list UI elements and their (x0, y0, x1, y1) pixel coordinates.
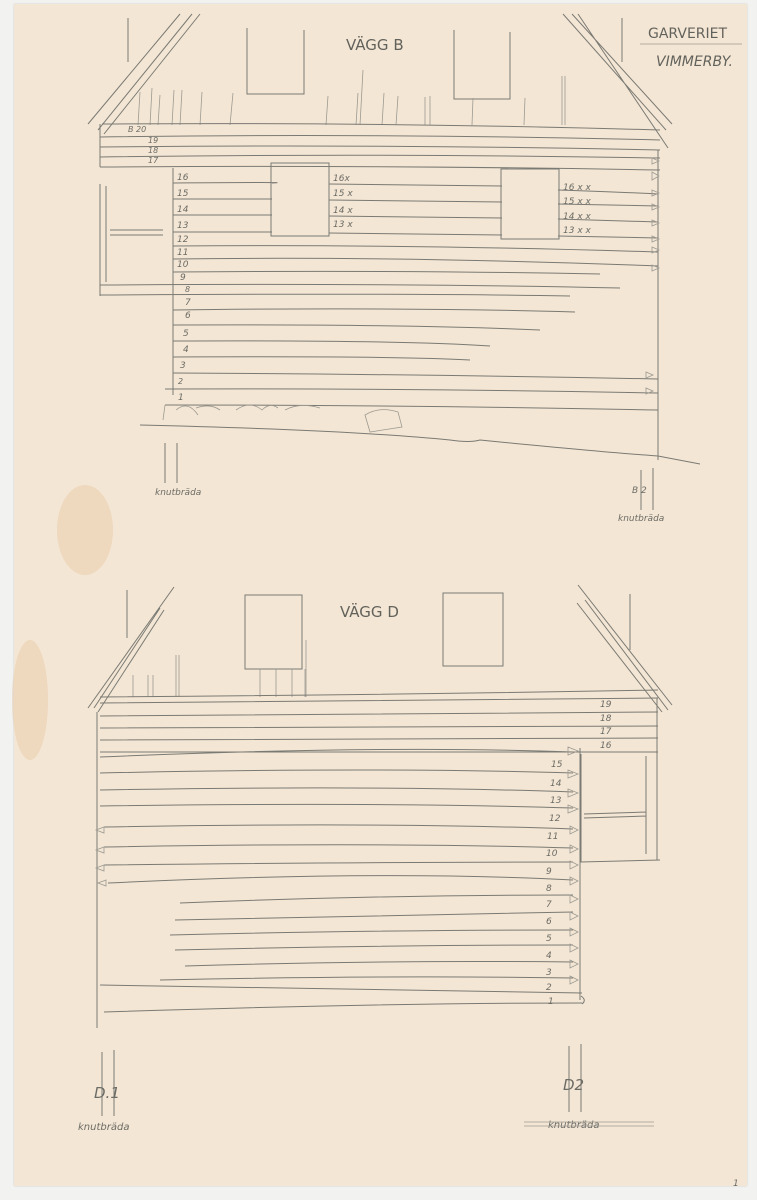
log-label: 11 (547, 832, 558, 842)
log-label: 19 (600, 700, 612, 710)
log-label: 3 (546, 968, 552, 978)
log-label: 15 (551, 760, 563, 770)
log-label: 11 (177, 248, 188, 258)
log-label: 9 (180, 273, 186, 283)
wall-d-elevation: VÄGG D 19 18 17 16 15 14 13 1 (78, 585, 672, 1133)
log-label: 7 (185, 298, 191, 308)
log-label: 14 (550, 779, 562, 789)
log-label: 6 (185, 311, 191, 321)
header-line2: VIMMERBY. (656, 54, 733, 70)
log-label: 19 (148, 136, 158, 145)
log-label: 5 (546, 934, 552, 944)
log-label: 8 (546, 884, 552, 894)
window-mark: 14 x (333, 206, 353, 216)
log-label: 10 (546, 849, 558, 859)
window-mark: 16 x x (563, 183, 592, 193)
paper-stain (57, 485, 113, 575)
log-label: 14 (177, 205, 189, 215)
log-label: 17 (148, 156, 159, 165)
log-label: 2 (178, 377, 183, 386)
wall-b-title: VÄGG B (346, 35, 404, 54)
corner-board-label-d1: knutbräda (78, 1122, 129, 1133)
log-label: 16 (177, 173, 189, 183)
log-label: 16 (600, 741, 612, 751)
log-label: 4 (183, 345, 189, 355)
corner-mark: 1 (733, 1179, 739, 1189)
window-mark: 13 x (333, 220, 353, 230)
wall-d-title: VÄGG D (340, 602, 399, 621)
log-label: 12 (177, 235, 189, 245)
paper-stain (12, 640, 48, 760)
log-label: B 20 (128, 125, 146, 134)
log-label: 1 (178, 393, 184, 403)
log-label: 13 (177, 221, 189, 231)
log-label: 12 (549, 814, 561, 824)
log-label: 6 (546, 917, 552, 927)
window-mark: 14 x x (563, 212, 592, 222)
log-label: 9 (546, 867, 552, 877)
log-label: 7 (546, 900, 552, 910)
corner-board-label-left: knutbräda (155, 488, 201, 498)
log-label: 5 (183, 329, 189, 339)
corner-board-id-d1: D.1 (94, 1084, 120, 1102)
log-label: 17 (600, 727, 612, 737)
log-label: 10 (177, 260, 189, 270)
log-label: 13 (550, 796, 562, 806)
log-label: 18 (148, 146, 158, 155)
log-label: 4 (546, 951, 552, 961)
wall-b-elevation: VÄGG B B 20 19 18 17 1 (88, 14, 700, 524)
corner-board-id-b2: B 2 (632, 486, 647, 496)
log-label: 3 (180, 361, 186, 371)
log-label: 18 (600, 714, 612, 724)
corner-board-label-right: knutbräda (618, 514, 664, 524)
header-line1: GARVERIET (648, 26, 728, 42)
log-label: 1 (548, 997, 554, 1007)
log-label: 2 (546, 983, 552, 993)
window-mark: 16x (333, 174, 350, 184)
elevation-drawing: GARVERIET VIMMERBY. 1 VÄGG B (0, 0, 757, 1200)
window-mark: 15 x (333, 189, 353, 199)
log-label: 8 (185, 285, 190, 294)
window-mark: 15 x x (563, 197, 592, 207)
log-label: 15 (177, 189, 189, 199)
corner-board-id-d2: D2 (563, 1076, 584, 1094)
window-mark: 13 x x (563, 226, 592, 236)
